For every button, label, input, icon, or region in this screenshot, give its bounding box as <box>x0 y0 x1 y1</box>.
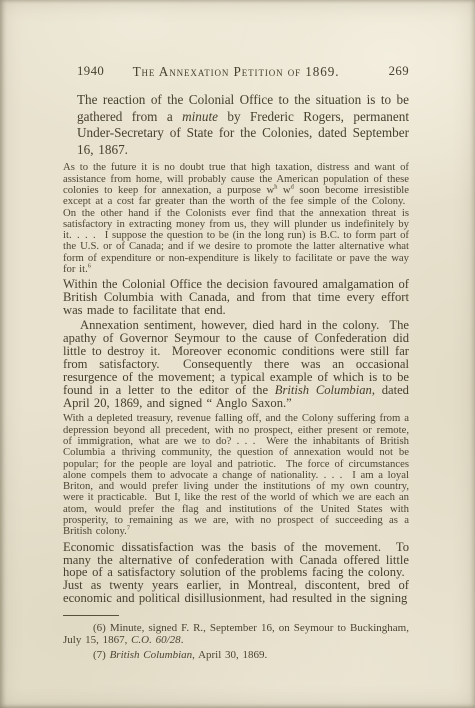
footnote-6: (6) Minute, signed F. R., September 16, … <box>63 623 409 647</box>
text-column: 1940 The Annexation Petition of 1869. 26… <box>63 64 409 665</box>
paragraph-colonial-office-reaction: The reaction of the Colonial Office to t… <box>77 92 409 158</box>
blockquote-rogers-minute: As to the future it is no doubt true tha… <box>63 162 409 275</box>
paragraph-annexation-sentiment: Annexation sentiment, however, died hard… <box>63 319 409 409</box>
footnote-7: (7) British Columbian, April 30, 1869. <box>63 650 409 662</box>
paragraph-economic-dissatisfaction: Economic dissatisfaction was the basis o… <box>63 541 409 606</box>
paragraph-amalgamation-decision: Within the Colonial Office the decision … <box>63 278 409 317</box>
running-header: 1940 The Annexation Petition of 1869. 26… <box>63 64 409 79</box>
footnote-separator-rule <box>63 615 119 616</box>
running-title: The Annexation Petition of 1869. <box>63 64 409 79</box>
blockquote-anglo-saxon-letter: With a depleted treasury, revenue fallin… <box>63 413 409 537</box>
scanned-book-page: 1940 The Annexation Petition of 1869. 26… <box>0 0 475 708</box>
